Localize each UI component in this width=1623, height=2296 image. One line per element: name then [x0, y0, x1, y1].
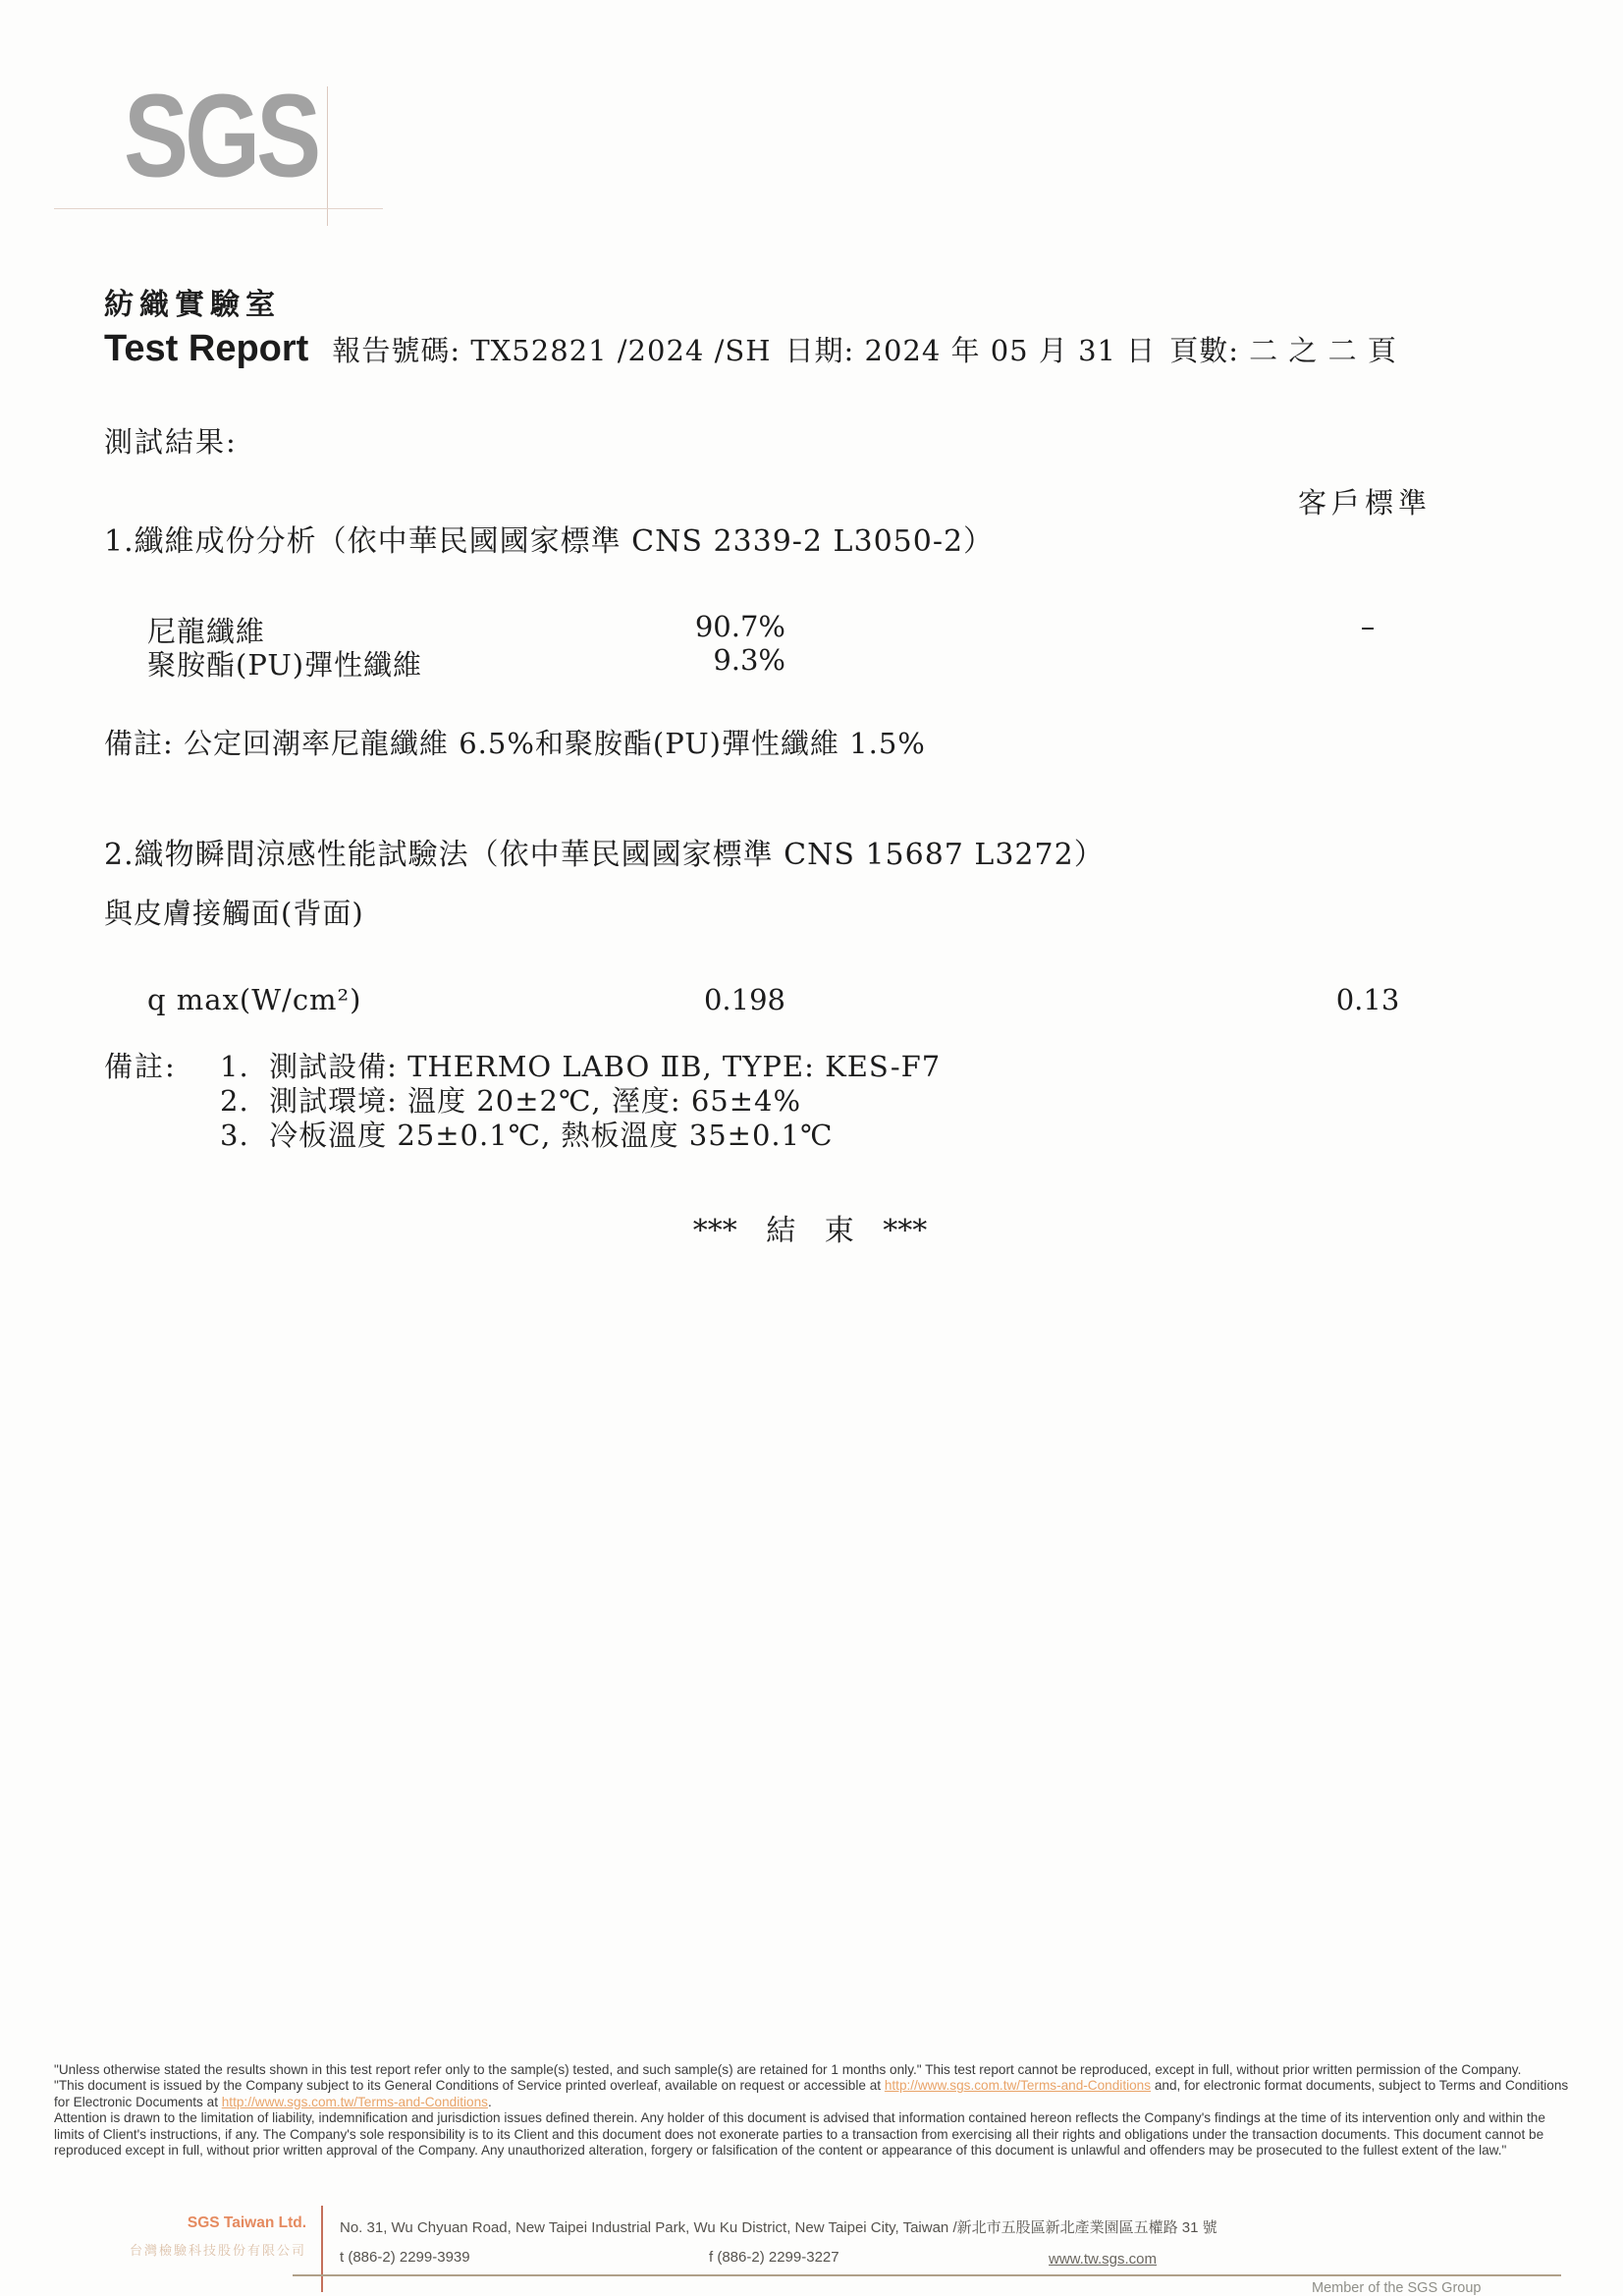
- report-date: 日期: 2024 年 05 月 31 日: [785, 329, 1157, 369]
- title-row: Test Report 報告號碼: TX52821 /2024 /SH 日期: …: [104, 328, 1411, 370]
- fiber-value: 90.7%: [619, 610, 785, 643]
- company-name: SGS Taiwan Ltd.: [57, 2214, 306, 2232]
- qmax-standard: 0.13: [1294, 983, 1441, 1016]
- test-report-page: SGS 紡織實驗室 Test Report 報告號碼: TX52821 /202…: [0, 0, 1623, 2296]
- company-address: No. 31, Wu Chyuan Road, New Taipei Indus…: [340, 2216, 1577, 2237]
- member-of-sgs-group: Member of the SGS Group: [1312, 2280, 1481, 2296]
- section1-title: 1.纖維成份分析（依中華民國國家標準 CNS 2339-2 L3050-2）: [104, 517, 994, 560]
- table-row: 聚胺酯(PU)彈性纖維 9.3%: [0, 643, 1623, 679]
- customer-standard-header: 客戶標準: [1298, 481, 1432, 521]
- fiber-name: 聚胺酯(PU)彈性纖維: [147, 643, 422, 683]
- section2-title: 2.織物瞬間涼感性能試驗法（依中華民國國家標準 CNS 15687 L3272）: [104, 830, 1105, 873]
- table-row: q max(W/cm²) 0.198 0.13: [0, 983, 1623, 1018]
- results-label: 測試結果:: [104, 420, 238, 461]
- company-name-chinese: 台灣檢驗科技股份有限公司: [57, 2240, 306, 2259]
- list-item: 3. 冷板溫度 25±0.1℃, 熱板溫度 35±0.1℃: [220, 1114, 834, 1154]
- table-row: 尼龍纖維 90.7% –: [0, 610, 1623, 645]
- legal-paragraph-2: "This document is issued by the Company …: [54, 2078, 1578, 2110]
- crop-mark-horizontal: [54, 208, 383, 209]
- legal-paragraph-1: "Unless otherwise stated the results sho…: [54, 2062, 1578, 2078]
- qmax-value: 0.198: [619, 983, 785, 1016]
- fiber-standard: –: [1294, 610, 1441, 643]
- legal-paragraph-1-text: "Unless otherwise stated the results sho…: [54, 2062, 1521, 2077]
- section1-note: 備註: 公定回潮率尼龍纖維 6.5%和聚胺酯(PU)彈性纖維 1.5%: [104, 722, 926, 762]
- report-pages: 頁數: 二 之 二 頁: [1169, 329, 1397, 369]
- report-number: 報告號碼: TX52821 /2024 /SH: [332, 329, 771, 369]
- report-title: Test Report: [104, 328, 308, 370]
- lab-name: 紡織實驗室: [104, 280, 281, 323]
- legal-paragraph-2-text-a: "This document is issued by the Company …: [54, 2078, 885, 2093]
- section2-notes-label: 備註:: [104, 1045, 177, 1085]
- website-link[interactable]: www.tw.sgs.com: [1049, 2251, 1157, 2268]
- fax-number: f (886-2) 2299-3227: [709, 2249, 839, 2266]
- terms-and-conditions-electronic-link[interactable]: http://www.sgs.com.tw/Terms-and-Conditio…: [222, 2095, 488, 2109]
- footer-rule: [293, 2274, 1561, 2276]
- company-block: SGS Taiwan Ltd. 台灣檢驗科技股份有限公司: [57, 2214, 306, 2259]
- qmax-name: q max(W/cm²): [147, 983, 362, 1016]
- end-marker: *** 結 束 ***: [628, 1206, 992, 1249]
- crop-mark-vertical: [327, 86, 328, 226]
- section2-subtitle: 與皮膚接觸面(背面): [104, 892, 364, 932]
- legal-paragraph-2-text-c: .: [488, 2095, 492, 2109]
- fiber-value: 9.3%: [619, 643, 785, 677]
- phone-number: t (886-2) 2299-3939: [340, 2249, 470, 2266]
- terms-and-conditions-link[interactable]: http://www.sgs.com.tw/Terms-and-Conditio…: [885, 2078, 1151, 2093]
- legal-text: "Unless otherwise stated the results sho…: [54, 2062, 1578, 2159]
- address-divider-line: [321, 2206, 323, 2292]
- sgs-logo: SGS: [124, 77, 317, 194]
- legal-paragraph-3: Attention is drawn to the limitation of …: [54, 2110, 1578, 2159]
